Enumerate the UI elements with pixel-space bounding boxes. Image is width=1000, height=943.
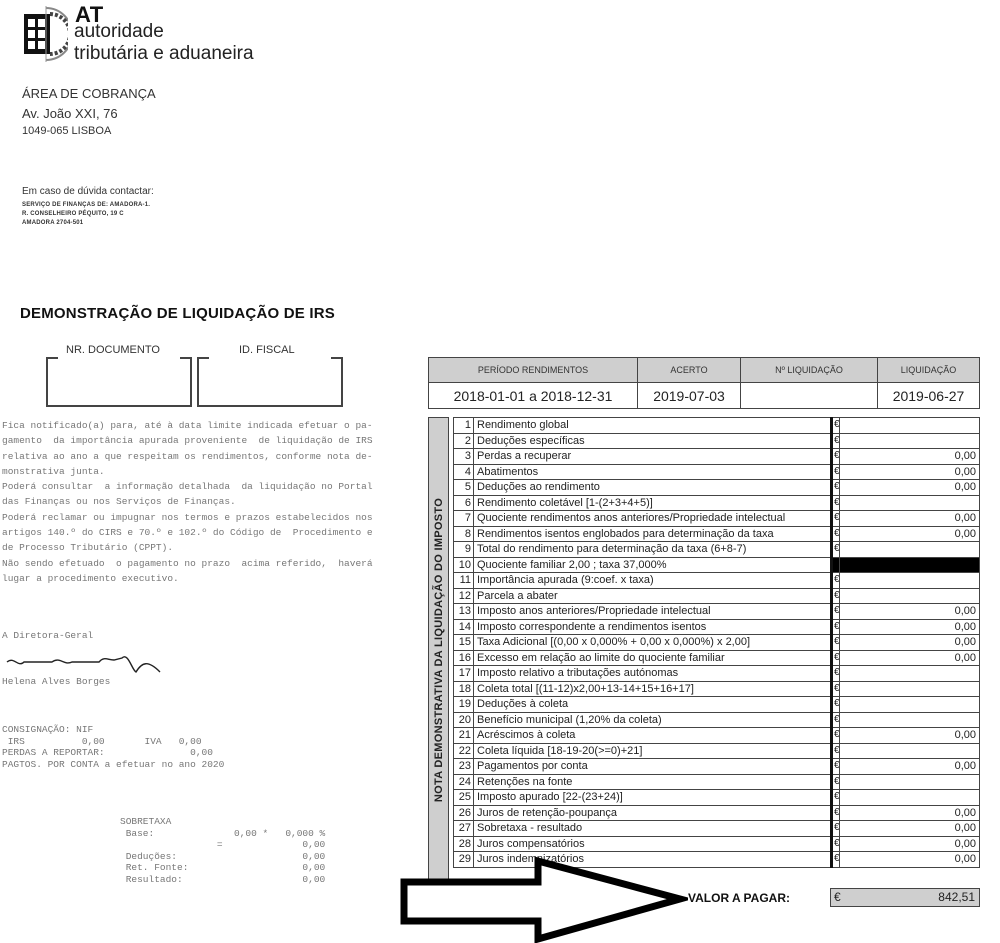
row-value: 0,00 [840, 449, 980, 465]
nota-side-panel: NOTA DEMONSTRATIVA DA LIQUIDAÇÃO DO IMPO… [428, 417, 449, 882]
table-row: 8Rendimentos isentos englobados para det… [454, 526, 980, 542]
row-description: Rendimento global [474, 418, 832, 434]
table-row: 13Imposto anos anteriores/Propriedade in… [454, 604, 980, 620]
address-line-2: Av. João XXI, 76 [22, 106, 118, 121]
currency-symbol: € [832, 805, 840, 821]
row-value: 0,00 [840, 464, 980, 480]
value-nr-liquidacao [741, 383, 878, 409]
nr-documento-label: NR. DOCUMENTO [66, 344, 160, 356]
address-line-1: ÁREA DE COBRANÇA [22, 86, 156, 101]
consignacao-line: PAGTOS. POR CONTA a efetuar no ano 2020 [2, 759, 224, 771]
currency-symbol: € [832, 852, 840, 868]
sobretaxa-line: Base: 0,00 * 0,000 % [120, 828, 325, 840]
row-value [840, 418, 980, 434]
row-number: 13 [454, 604, 474, 620]
row-number: 23 [454, 759, 474, 775]
table-row: 22Coleta líquida [18-19-20(>=0)+21]€ [454, 743, 980, 759]
row-description: Excesso em relação ao limite do quocient… [474, 650, 832, 666]
table-row: 7Quociente rendimentos anos anteriores/P… [454, 511, 980, 527]
row-description: Retenções na fonte [474, 774, 832, 790]
notice-text: Fica notificado(a) para, até à data limi… [2, 418, 373, 586]
row-number: 24 [454, 774, 474, 790]
table-row: 14Imposto correspondente a rendimentos i… [454, 619, 980, 635]
currency-symbol: € [832, 418, 840, 434]
currency-symbol: € [832, 619, 840, 635]
address-line-3: 1049-065 LISBOA [22, 125, 111, 137]
table-row: 16Excesso em relação ao limite do quocie… [454, 650, 980, 666]
currency-symbol: € [832, 774, 840, 790]
sobretaxa-line: Ret. Fonte: 0,00 [120, 862, 325, 874]
table-row: 3Perdas a recuperar€0,00 [454, 449, 980, 465]
row-description: Juros de retenção-poupança [474, 805, 832, 821]
row-description: Importância apurada (9:coef. x taxa) [474, 573, 832, 589]
notice-line: Fica notificado(a) para, até à data limi… [2, 418, 373, 433]
nota-demonstrativa-table: 1Rendimento global€2Deduções específicas… [453, 417, 980, 868]
consignacao-block: CONSIGNAÇÃO: NIF IRS 0,00 IVA 0,00 PERDA… [2, 724, 224, 770]
logo-line-1: autoridade [74, 21, 164, 43]
notice-line: monstrativa junta. [2, 464, 373, 479]
row-number: 4 [454, 464, 474, 480]
currency-symbol: € [832, 588, 840, 604]
table-row: 26Juros de retenção-poupança€0,00 [454, 805, 980, 821]
row-number: 12 [454, 588, 474, 604]
currency-symbol: € [832, 511, 840, 527]
row-value: 0,00 [840, 852, 980, 868]
row-description: Total do rendimento para determinação da… [474, 542, 832, 558]
nr-documento-field: NR. DOCUMENTO [46, 357, 192, 407]
contact-line: R. CONSELHEIRO PÉQUITO, 19 C [22, 211, 124, 217]
row-value [840, 790, 980, 806]
currency-symbol: € [832, 681, 840, 697]
row-description: Deduções específicas [474, 433, 832, 449]
table-row: 19Deduções à coleta€ [454, 697, 980, 713]
row-description: Imposto relativo a tributações autónomas [474, 666, 832, 682]
sobretaxa-line: SOBRETAXA [120, 816, 325, 828]
currency-symbol: € [832, 433, 840, 449]
contact-line: SERVIÇO DE FINANÇAS DE: AMADORA-1. [22, 202, 150, 208]
row-description: Imposto anos anteriores/Propriedade inte… [474, 604, 832, 620]
value-periodo: 2018-01-01 a 2018-12-31 [429, 383, 638, 409]
value-liquidacao: 2019-06-27 [878, 383, 980, 409]
currency-symbol: € [832, 666, 840, 682]
valor-a-pagar-box: € 842,51 [830, 888, 980, 907]
at-coat-of-arms-icon [22, 6, 68, 62]
nota-side-label: NOTA DEMONSTRATIVA DA LIQUIDAÇÃO DO IMPO… [433, 497, 445, 801]
row-value: 0,00 [840, 619, 980, 635]
currency-symbol: € [832, 449, 840, 465]
table-row: 6Rendimento coletável [1-(2+3+4+5)]€ [454, 495, 980, 511]
row-number: 14 [454, 619, 474, 635]
notice-line: das Finanças ou nos Serviços de Finanças… [2, 494, 373, 509]
row-number: 28 [454, 836, 474, 852]
header-acerto: ACERTO [638, 358, 741, 383]
row-number: 27 [454, 821, 474, 837]
header-nr-liquidacao: Nº LIQUIDAÇÃO [741, 358, 878, 383]
currency-symbol: € [832, 635, 840, 651]
table-row: 4Abatimentos€0,00 [454, 464, 980, 480]
currency-symbol: € [832, 650, 840, 666]
table-row: 27Sobretaxa - resultado€0,00 [454, 821, 980, 837]
row-number: 10 [454, 557, 474, 573]
currency-symbol: € [832, 712, 840, 728]
row-number: 21 [454, 728, 474, 744]
row-description: Taxa Adicional [(0,00 x 0,000% + 0,00 x … [474, 635, 832, 651]
notice-line: Poderá consultar a informação detalhada … [2, 479, 373, 494]
currency-symbol: € [832, 604, 840, 620]
row-number: 19 [454, 697, 474, 713]
row-value: 0,00 [840, 526, 980, 542]
arrow-right-icon [398, 855, 688, 943]
currency-symbol: € [834, 890, 841, 904]
row-description: Deduções à coleta [474, 697, 832, 713]
row-value [840, 743, 980, 759]
row-value [840, 774, 980, 790]
row-number: 25 [454, 790, 474, 806]
row-number: 18 [454, 681, 474, 697]
period-table: PERÍODO RENDIMENTOS ACERTO Nº LIQUIDAÇÃO… [428, 357, 980, 409]
table-row: 1Rendimento global€ [454, 418, 980, 434]
row-description: Acréscimos à coleta [474, 728, 832, 744]
row-number: 20 [454, 712, 474, 728]
row-description: Sobretaxa - resultado [474, 821, 832, 837]
currency-symbol: € [832, 464, 840, 480]
row-number: 8 [454, 526, 474, 542]
contact-heading: Em caso de dúvida contactar: [22, 186, 154, 197]
row-number: 11 [454, 573, 474, 589]
row-value: 0,00 [840, 604, 980, 620]
row-value [840, 433, 980, 449]
currency-symbol: € [832, 697, 840, 713]
row-value [840, 495, 980, 511]
header-liquidacao: LIQUIDAÇÃO [878, 358, 980, 383]
sobretaxa-block: SOBRETAXA Base: 0,00 * 0,000 % = 0,00 De… [120, 816, 325, 885]
row-value [840, 681, 980, 697]
row-value [840, 697, 980, 713]
table-row: 15Taxa Adicional [(0,00 x 0,000% + 0,00 … [454, 635, 980, 651]
sobretaxa-line: Resultado: 0,00 [120, 874, 325, 886]
table-row: 23Pagamentos por conta€0,00 [454, 759, 980, 775]
currency-symbol: € [832, 743, 840, 759]
row-description: Deduções ao rendimento [474, 480, 832, 496]
table-row: 21Acréscimos à coleta€0,00 [454, 728, 980, 744]
table-row: 12Parcela a abater€ [454, 588, 980, 604]
id-fiscal-label: ID. FISCAL [239, 344, 295, 356]
row-number: 3 [454, 449, 474, 465]
header-periodo: PERÍODO RENDIMENTOS [429, 358, 638, 383]
row-description: Rendimento coletável [1-(2+3+4+5)] [474, 495, 832, 511]
document-title: DEMONSTRAÇÃO DE LIQUIDAÇÃO DE IRS [20, 305, 335, 322]
row-value [840, 573, 980, 589]
row-number: 1 [454, 418, 474, 434]
row-value: 0,00 [840, 805, 980, 821]
notice-line: Não sendo efetuado o pagamento no prazo … [2, 556, 373, 571]
notice-line: de Processo Tributário (CPPT). [2, 540, 373, 555]
consignacao-line: PERDAS A REPORTAR: 0,00 [2, 747, 224, 759]
row-description: Quociente familiar 2,00 ; taxa 37,000% [474, 557, 832, 573]
notice-line: relativa ao ano a que respeitam os rendi… [2, 449, 373, 464]
sobretaxa-line: Deduções: 0,00 [120, 851, 325, 863]
row-value: 0,00 [840, 821, 980, 837]
signature-icon [4, 648, 164, 676]
row-description: Rendimentos isentos englobados para dete… [474, 526, 832, 542]
currency-symbol: € [832, 821, 840, 837]
row-value: 0,00 [840, 759, 980, 775]
currency-symbol: € [832, 728, 840, 744]
table-row: 24Retenções na fonte€ [454, 774, 980, 790]
valor-a-pagar-label: VALOR A PAGAR: [688, 891, 790, 905]
row-number: 9 [454, 542, 474, 558]
row-value [840, 712, 980, 728]
row-description: Pagamentos por conta [474, 759, 832, 775]
table-row: 11Importância apurada (9:coef. x taxa)€ [454, 573, 980, 589]
currency-symbol: € [832, 790, 840, 806]
row-description: Coleta total [(11-12)x2,00+13-14+15+16+1… [474, 681, 832, 697]
row-description: Parcela a abater [474, 588, 832, 604]
currency-symbol: € [832, 542, 840, 558]
row-value [840, 557, 980, 573]
consignacao-line: CONSIGNAÇÃO: NIF [2, 724, 224, 736]
logo-line-2: tributária e aduaneira [74, 43, 254, 65]
row-description: Quociente rendimentos anos anteriores/Pr… [474, 511, 832, 527]
valor-a-pagar-value: 842,51 [938, 890, 975, 904]
signature-role: A Diretora-Geral [2, 630, 93, 641]
row-description: Benefício municipal (1,20% da coleta) [474, 712, 832, 728]
row-number: 5 [454, 480, 474, 496]
row-number: 2 [454, 433, 474, 449]
currency-symbol: € [832, 495, 840, 511]
row-value [840, 542, 980, 558]
row-description: Imposto apurado [22-(23+24)] [474, 790, 832, 806]
table-row: 18Coleta total [(11-12)x2,00+13-14+15+16… [454, 681, 980, 697]
table-row: 10Quociente familiar 2,00 ; taxa 37,000% [454, 557, 980, 573]
currency-symbol [832, 557, 840, 573]
sobretaxa-line: = 0,00 [120, 839, 325, 851]
table-row: 2Deduções específicas€ [454, 433, 980, 449]
row-value: 0,00 [840, 480, 980, 496]
row-number: 16 [454, 650, 474, 666]
currency-symbol: € [832, 480, 840, 496]
row-value: 0,00 [840, 728, 980, 744]
row-value [840, 666, 980, 682]
row-description: Imposto correspondente a rendimentos ise… [474, 619, 832, 635]
row-description: Perdas a recuperar [474, 449, 832, 465]
currency-symbol: € [832, 759, 840, 775]
row-value: 0,00 [840, 635, 980, 651]
row-value: 0,00 [840, 511, 980, 527]
id-fiscal-field: ID. FISCAL [197, 357, 343, 407]
notice-line: lugar a procedimento executivo. [2, 571, 373, 586]
consignacao-line: IRS 0,00 IVA 0,00 [2, 736, 224, 748]
table-row: 20Benefício municipal (1,20% da coleta)€ [454, 712, 980, 728]
currency-symbol: € [832, 836, 840, 852]
row-number: 22 [454, 743, 474, 759]
row-number: 7 [454, 511, 474, 527]
row-number: 6 [454, 495, 474, 511]
row-value: 0,00 [840, 650, 980, 666]
value-acerto: 2019-07-03 [638, 383, 741, 409]
row-description: Coleta líquida [18-19-20(>=0)+21] [474, 743, 832, 759]
currency-symbol: € [832, 573, 840, 589]
table-row: 5Deduções ao rendimento€0,00 [454, 480, 980, 496]
currency-symbol: € [832, 526, 840, 542]
contact-line: AMADORA 2704-501 [22, 220, 83, 226]
notice-line: gamento da importância apurada provenien… [2, 433, 373, 448]
table-row: 25Imposto apurado [22-(23+24)]€ [454, 790, 980, 806]
row-description: Abatimentos [474, 464, 832, 480]
table-row: 17Imposto relativo a tributações autónom… [454, 666, 980, 682]
row-number: 17 [454, 666, 474, 682]
row-number: 26 [454, 805, 474, 821]
notice-line: artigos 140.º do CIRS e 70.º e 102.º do … [2, 525, 373, 540]
row-value: 0,00 [840, 836, 980, 852]
signature-name: Helena Alves Borges [2, 676, 110, 687]
row-description: Juros compensatórios [474, 836, 832, 852]
row-number: 15 [454, 635, 474, 651]
table-row: 9Total do rendimento para determinação d… [454, 542, 980, 558]
row-value [840, 588, 980, 604]
table-row: 28Juros compensatórios€0,00 [454, 836, 980, 852]
notice-line: Poderá reclamar ou impugnar nos termos e… [2, 510, 373, 525]
